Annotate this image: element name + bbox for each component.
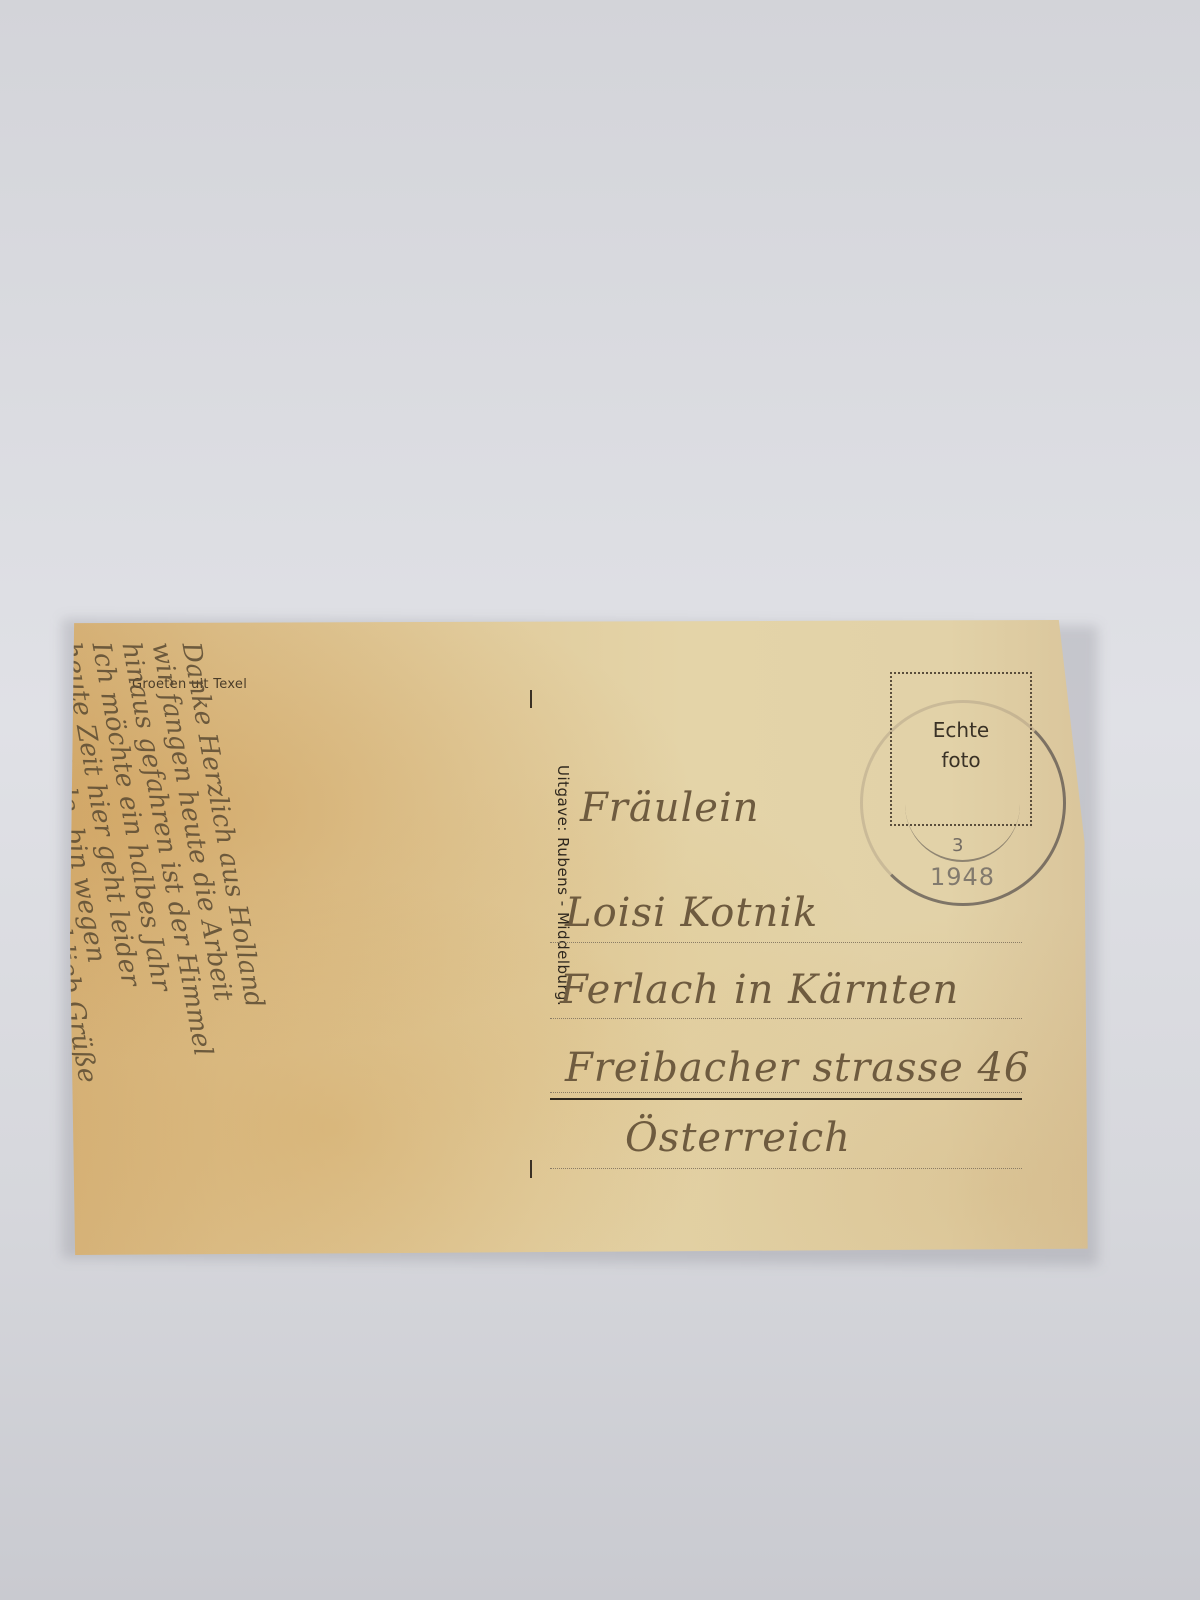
address-line-1 bbox=[550, 942, 1022, 943]
address-country: Österreich bbox=[625, 1115, 851, 1161]
divider-tick-top bbox=[530, 690, 532, 708]
divider-tick-bottom bbox=[530, 1160, 532, 1178]
postmark-day: 3 bbox=[952, 835, 963, 856]
address-city: Ferlach in Kärnten bbox=[560, 967, 959, 1013]
address-line-4 bbox=[550, 1168, 1022, 1169]
address-recipient-name: Loisi Kotnik bbox=[565, 890, 818, 936]
address-line-3 bbox=[550, 1092, 1022, 1093]
stamp-label-1: Echte bbox=[892, 718, 1030, 742]
address-recipient-title: Fräulein bbox=[580, 785, 760, 831]
address-street: Freibacher strasse 46 bbox=[565, 1045, 1030, 1091]
address-line-2 bbox=[550, 1018, 1022, 1019]
postcard: Groeten uit Texel Danke Herzlich aus Hol… bbox=[70, 620, 1100, 1255]
address-separator bbox=[550, 1098, 1022, 1100]
message-line: Viele Grüße Rosi bbox=[0, 640, 4, 864]
stamp-label-2: foto bbox=[892, 748, 1030, 772]
stamp-box: Echte foto bbox=[890, 672, 1032, 826]
postmark-year: 1948 bbox=[930, 863, 995, 891]
message-line: bis zu Ende mir wegen bbox=[0, 640, 47, 942]
